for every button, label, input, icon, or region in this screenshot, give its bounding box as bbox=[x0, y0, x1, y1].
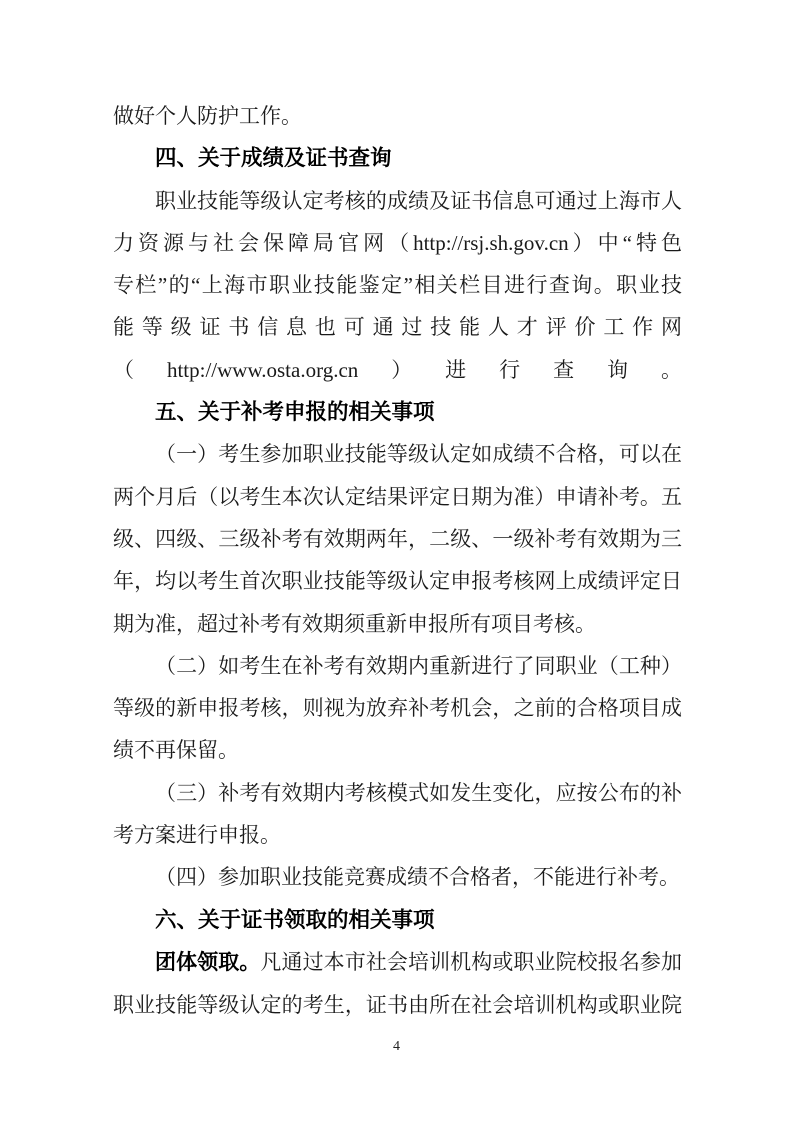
section-heading-6: 六、关于证书领取的相关事项 bbox=[113, 899, 682, 941]
doc-line-item-3: （三）补考有效期内考核模式如发生变化，应按公布的补 bbox=[113, 772, 682, 814]
doc-line: 专栏”的“上海市职业技能鉴定”相关栏目进行查询。职业技 bbox=[113, 264, 682, 306]
document-body: 做好个人防护工作。 四、关于成绩及证书查询 职业技能等级认定考核的成绩及证书信息… bbox=[113, 95, 682, 1027]
doc-line-with-url-spread: （http://www.osta.org.cn）进行查询。 bbox=[113, 349, 682, 391]
doc-line: 两个月后（以考生本次认定结果评定日期为准）申请补考。五 bbox=[113, 476, 682, 518]
bold-lead-text: 团体领取。 bbox=[155, 951, 260, 974]
doc-line-item-1: （一）考生参加职业技能等级认定如成绩不合格，可以在 bbox=[113, 433, 682, 475]
doc-line: 职业技能等级认定的考生，证书由所在社会培训机构或职业院 bbox=[113, 984, 682, 1026]
doc-line: 年，均以考生首次职业技能等级认定申报考核网上成绩评定日 bbox=[113, 560, 682, 602]
doc-line-item-2: （二）如考生在补考有效期内重新进行了同职业（工种） bbox=[113, 645, 682, 687]
doc-line: 考方案进行申报。 bbox=[113, 814, 682, 856]
doc-line: 级、四级、三级补考有效期两年，二级、一级补考有效期为三 bbox=[113, 518, 682, 560]
section-heading-5: 五、关于补考申报的相关事项 bbox=[113, 391, 682, 433]
doc-line-paragraph-continuation: 做好个人防护工作。 bbox=[113, 95, 682, 137]
section-heading-4: 四、关于成绩及证书查询 bbox=[113, 137, 682, 179]
doc-line-text: 凡通过本市社会培训机构或职业院校报名参加 bbox=[260, 950, 682, 974]
document-page: 做好个人防护工作。 四、关于成绩及证书查询 职业技能等级认定考核的成绩及证书信息… bbox=[0, 0, 793, 1122]
doc-line: 等级的新申报考核，则视为放弃补考机会，之前的合格项目成 bbox=[113, 687, 682, 729]
doc-line: 职业技能等级认定考核的成绩及证书信息可通过上海市人 bbox=[113, 180, 682, 222]
doc-line: 期为准，超过补考有效期须重新申报所有项目考核。 bbox=[113, 603, 682, 645]
doc-line-with-url: 力资源与社会保障局官网（http://rsj.sh.gov.cn）中“特色 bbox=[113, 222, 682, 264]
doc-line-group-pickup: 团体领取。凡通过本市社会培训机构或职业院校报名参加 bbox=[113, 941, 682, 984]
page-number: 4 bbox=[0, 1038, 793, 1056]
doc-line-item-4: （四）参加职业技能竞赛成绩不合格者，不能进行补考。 bbox=[113, 856, 682, 898]
doc-line: 绩不再保留。 bbox=[113, 729, 682, 771]
doc-line-spread: 能等级证书信息也可通过技能人才评价工作网 bbox=[113, 306, 682, 348]
